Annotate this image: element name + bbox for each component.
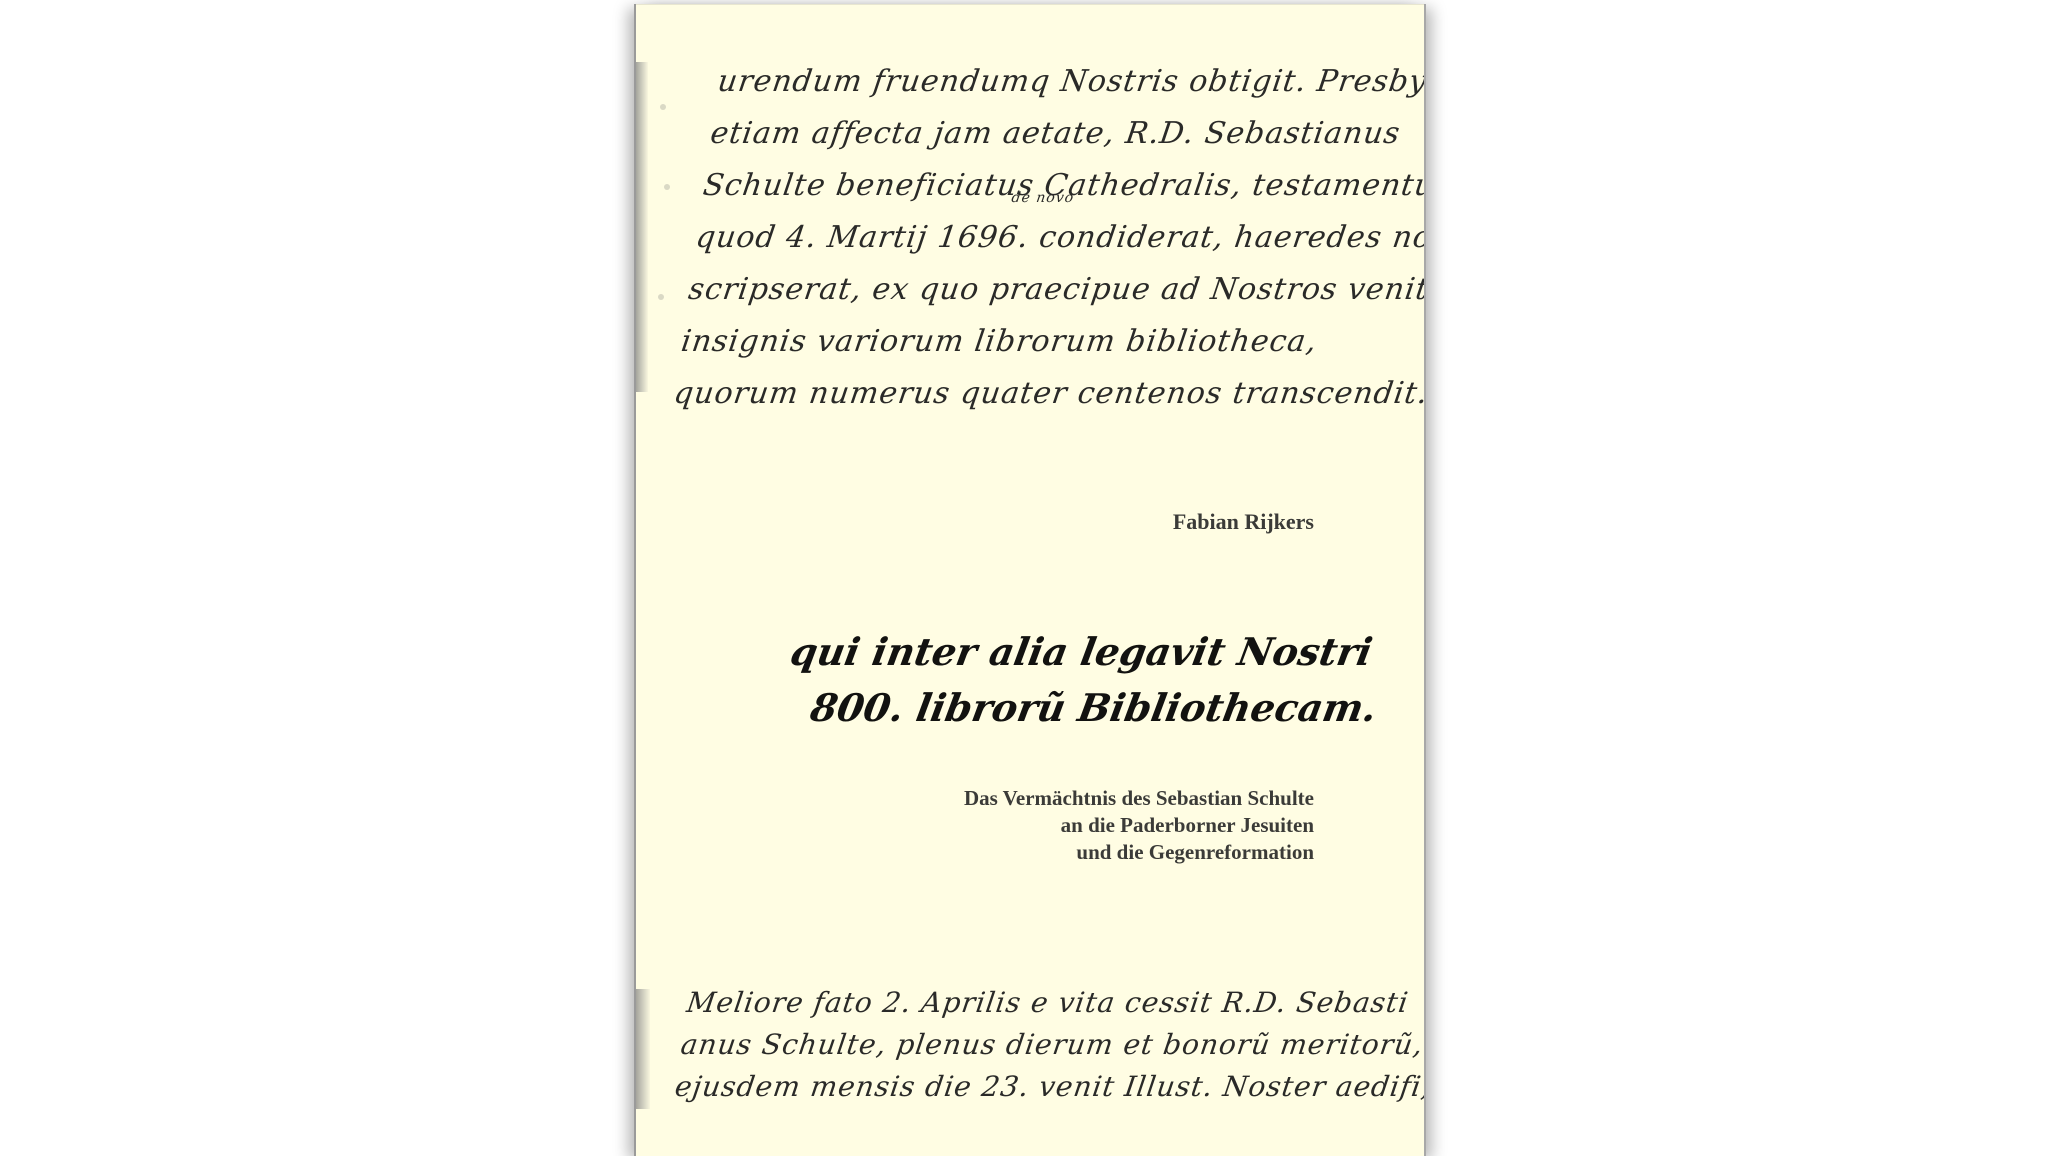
handwritten-line: scripserat, ex quo praecipue ad Nostros … (685, 264, 1426, 316)
handwritten-line: urendum fruendumq Nostris obtigit. Presb… (714, 56, 1426, 108)
handwritten-line: anus Schulte, plenus dierum et bonorũ me… (678, 1024, 1426, 1066)
scan-artifact-top (636, 62, 648, 392)
handwritten-line: Meliore fato 2. Aprilis e vita cessit R.… (684, 982, 1426, 1024)
handwritten-excerpt-top: urendum fruendumq Nostris obtigit. Presb… (670, 56, 1426, 420)
title-line: Das Vermächtnis des Sebastian Schulte (964, 785, 1314, 812)
handwritten-line: quod 4. Martij 1696. condiderat, haerede… (692, 212, 1426, 264)
title-line: an die Paderborner Jesuiten (964, 812, 1314, 839)
handwritten-line: etiam affecta jam aetate, R.D. Sebastian… (707, 108, 1426, 160)
viewer-stage: urendum fruendumq Nostris obtigit. Presb… (0, 0, 2056, 1156)
scan-speck (664, 184, 670, 190)
book-cover-page: urendum fruendumq Nostris obtigit. Presb… (634, 4, 1426, 1156)
handwritten-line: quorum numerus quater centenos transcend… (670, 368, 1426, 420)
handwritten-excerpt-bottom: Meliore fato 2. Aprilis e vita cessit R.… (672, 982, 1426, 1108)
author-name: Fabian Rijkers (1173, 509, 1314, 535)
handwritten-line: ejusdem mensis die 23. venit Illust. Nos… (672, 1066, 1426, 1108)
title-line: und die Gegenreformation (964, 839, 1314, 866)
calligraphic-quote: qui inter alia legavit Nostri 800. libro… (776, 624, 1391, 736)
quote-line: qui inter alia legavit Nostri (786, 624, 1391, 680)
scan-speck (660, 104, 666, 110)
scan-speck (658, 294, 664, 300)
quote-line: 800. librorũ Bibliothecam. (776, 680, 1381, 736)
scan-artifact-bottom (636, 989, 650, 1109)
book-title: Das Vermächtnis des Sebastian Schulte an… (964, 785, 1314, 866)
interlinear-note: de novo (1011, 191, 1075, 205)
handwritten-line: insignis variorum librorum bibliotheca, (678, 316, 1426, 368)
